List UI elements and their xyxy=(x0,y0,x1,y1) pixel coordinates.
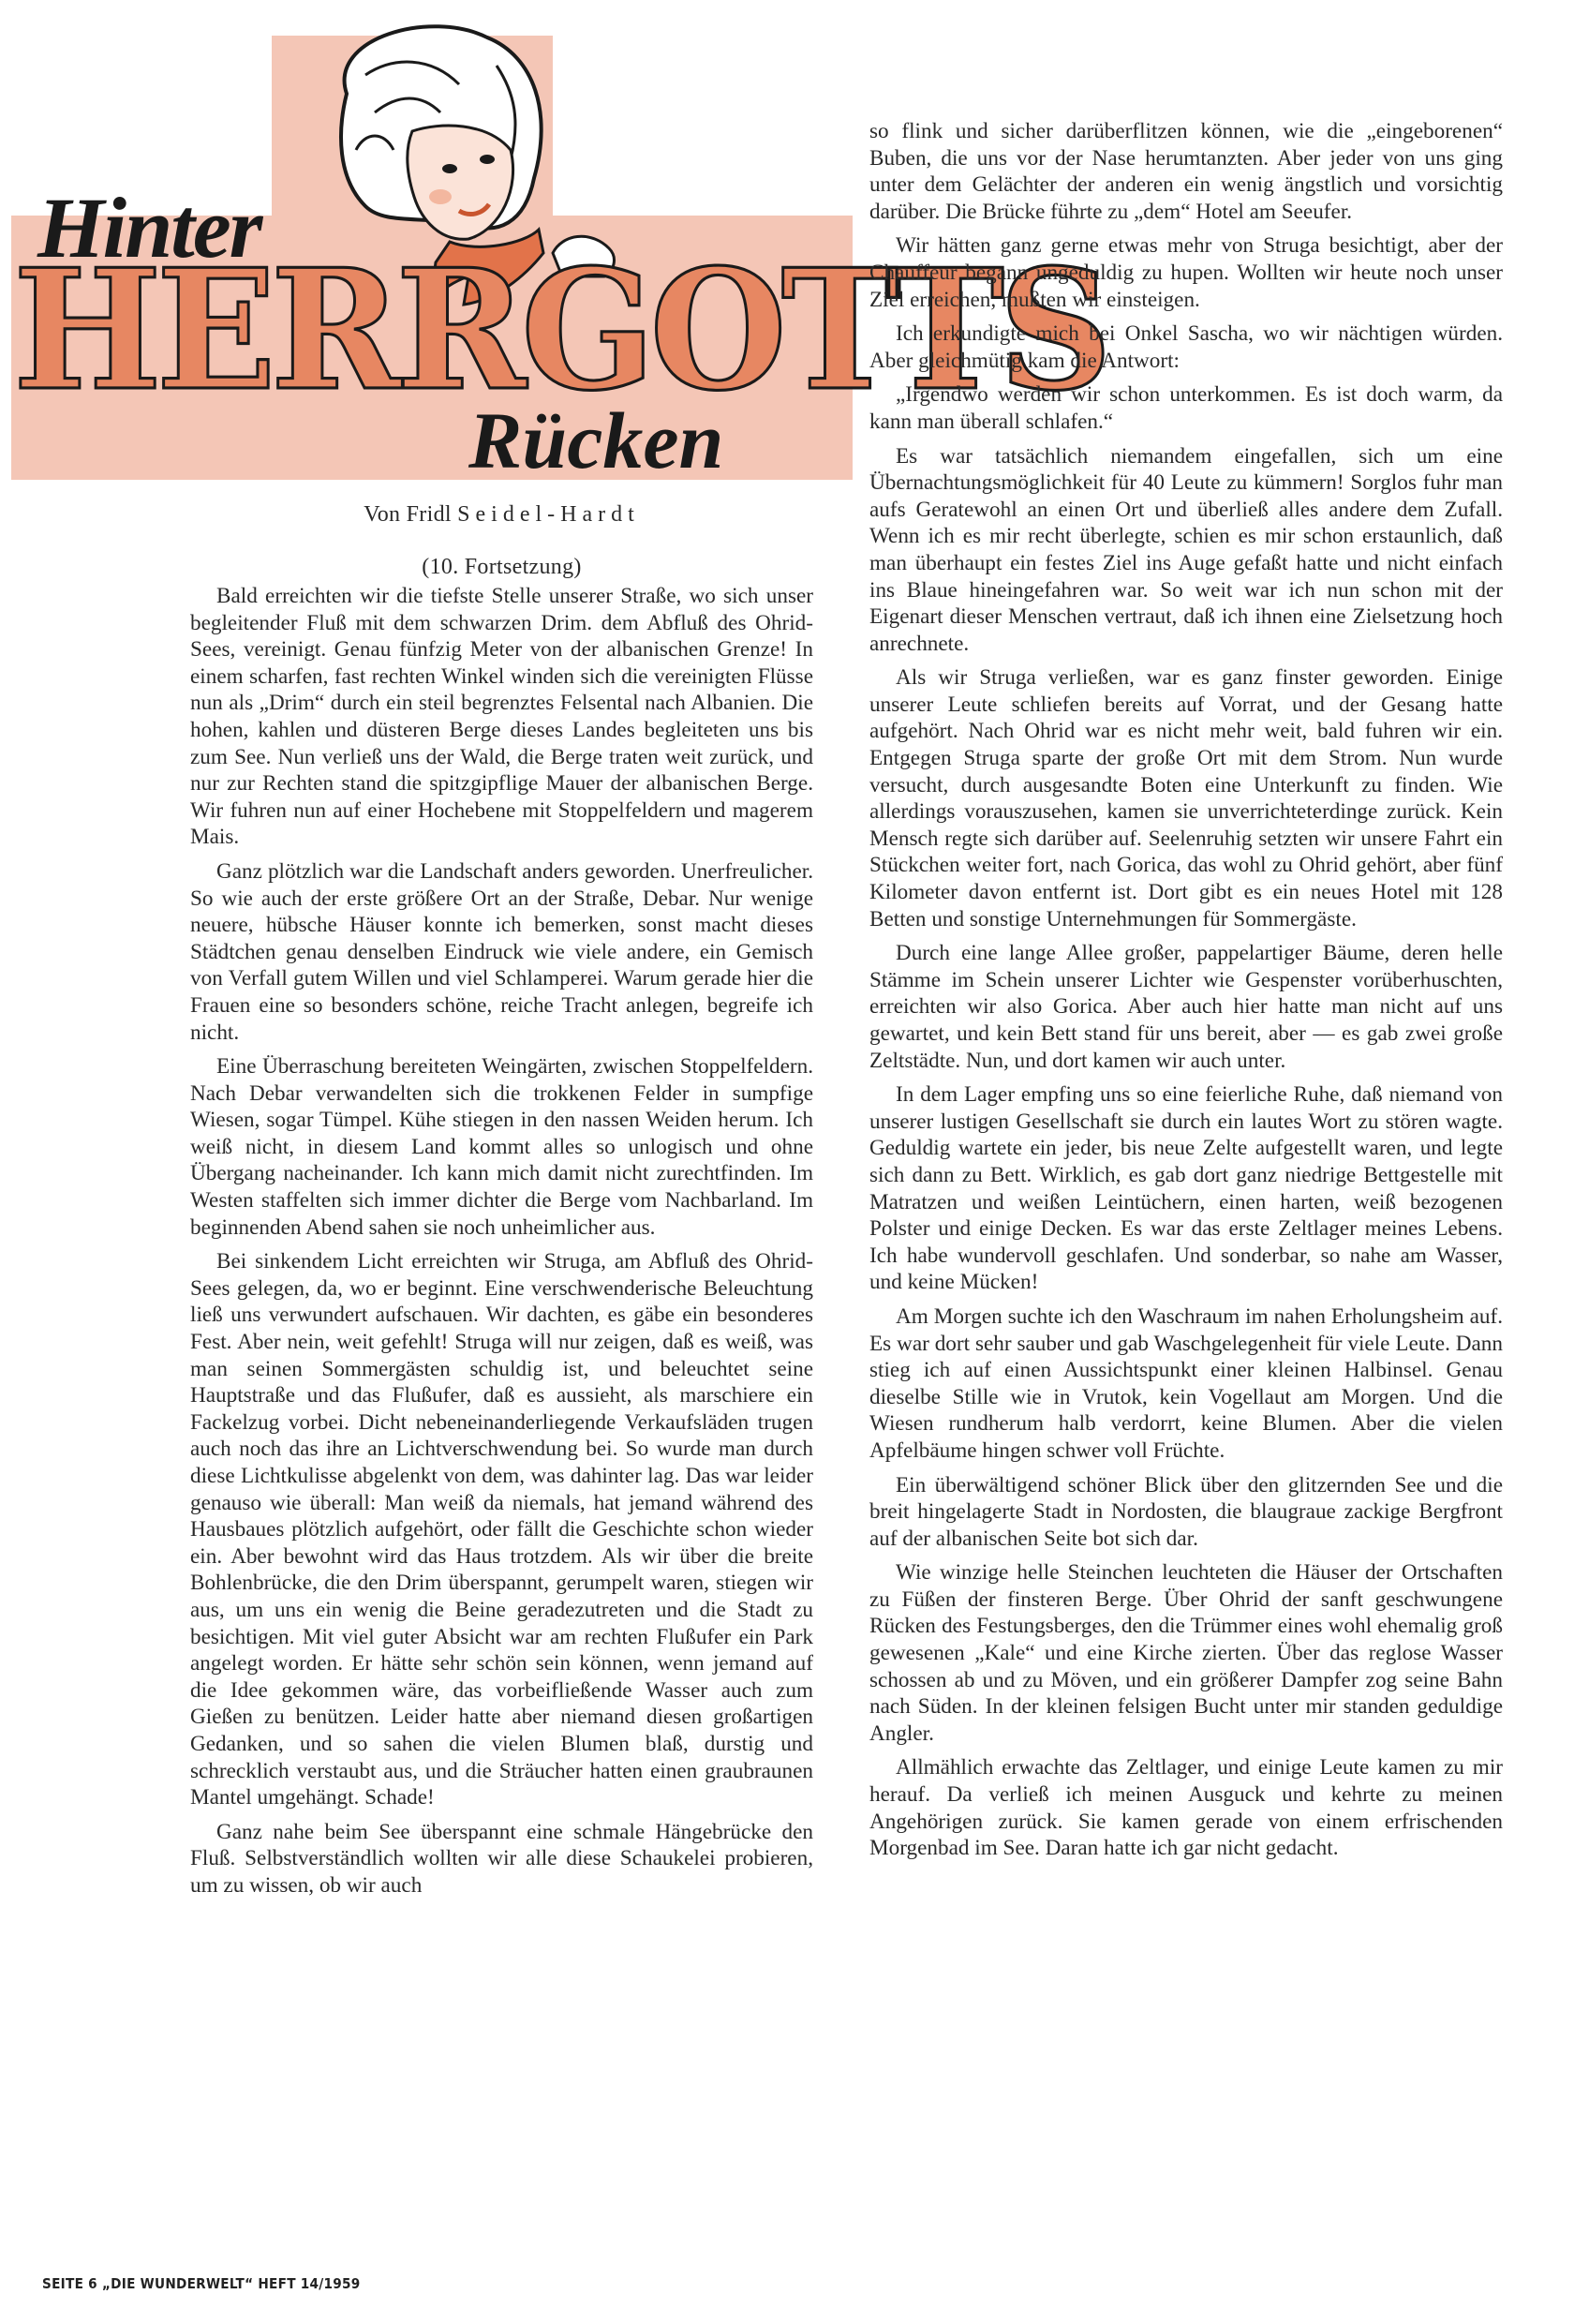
paragraph: Ich erkundigte mich bei Onkel Sascha, wo… xyxy=(869,320,1503,374)
paragraph: Allmählich erwachte das Zeltlager, und e… xyxy=(869,1754,1503,1861)
left-column: Bald erreichten wir die tiefste Stelle u… xyxy=(190,583,813,1907)
author-name: Seidel-Hardt xyxy=(457,502,640,527)
paragraph-continued: so flink und sicher darüberflitzen könne… xyxy=(869,118,1503,225)
paragraph: Ganz plötzlich war die Landschaft anders… xyxy=(190,858,813,1046)
paragraph: Wie winzige helle Steinchen leuchteten d… xyxy=(869,1559,1503,1747)
author-prefix: Von Fridl xyxy=(364,502,452,527)
page-footer: SEITE 6 „DIE WUNDERWELT“ HEFT 14/1959 xyxy=(42,2275,361,2292)
paragraph: Ganz nahe beim See überspannt eine schma… xyxy=(190,1819,813,1899)
paragraph: In dem Lager empfing uns so eine feierli… xyxy=(869,1081,1503,1296)
paragraph: Bei sinkendem Licht erreichten wir Strug… xyxy=(190,1248,813,1810)
installment-label: (10. Fortsetzung) xyxy=(190,555,813,580)
paragraph: Am Morgen suchte ich den Waschraum im na… xyxy=(869,1304,1503,1465)
paragraph: Es war tatsächlich niemandem eingefallen… xyxy=(869,443,1503,658)
right-column: so flink und sicher darüberflitzen könne… xyxy=(869,118,1503,1870)
paragraph-quote: „Irgendwo werden wir schon unterkommen. … xyxy=(869,381,1503,435)
paragraph: Eine Überraschung bereiteten Weingärten,… xyxy=(190,1053,813,1241)
title-ruecken: Rücken xyxy=(468,394,723,487)
paragraph: Wir hätten ganz gerne etwas mehr von Str… xyxy=(869,232,1503,313)
paragraph: Bald erreichten wir die tiefste Stelle u… xyxy=(190,583,813,851)
paragraph: Ein überwältigend schöner Blick über den… xyxy=(869,1472,1503,1553)
title-herrgotts: HERRGOTTS xyxy=(13,247,853,412)
author-byline: Von Fridl Seidel-Hardt xyxy=(190,502,813,528)
paragraph: Durch eine lange Allee großer, pappelart… xyxy=(869,940,1503,1074)
paragraph: Als wir Struga verließen, war es ganz fi… xyxy=(869,664,1503,932)
